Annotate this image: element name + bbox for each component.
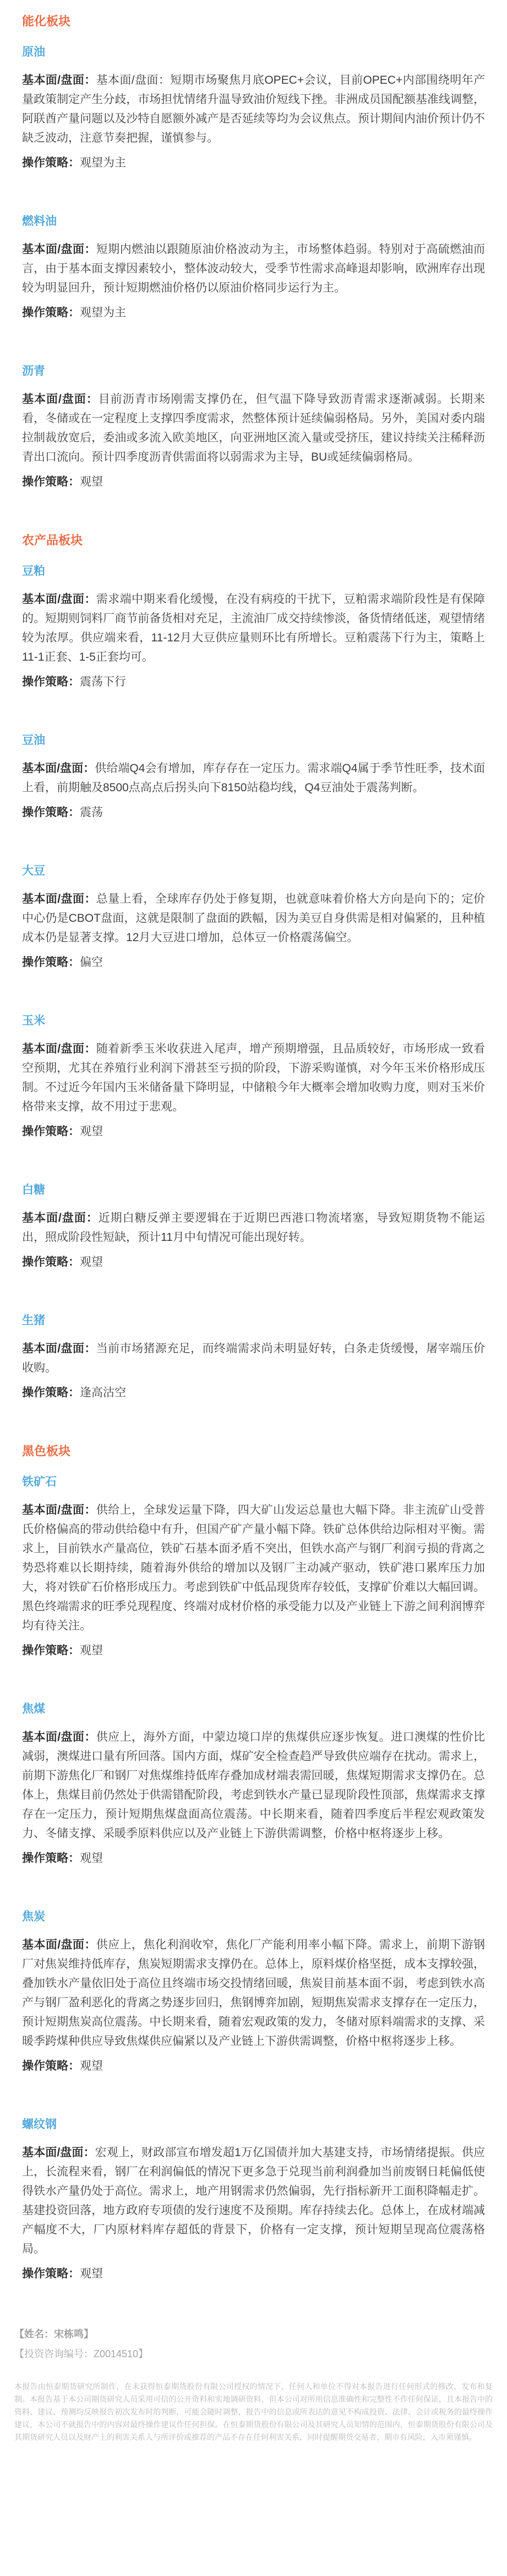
strategy-label: 操作策略： [22, 1125, 80, 1138]
fundamental-paragraph: 基本面/盘面：供应上，焦化利润收窄，焦化厂产能利用率小幅下降。需求上，前期下游钢… [22, 1935, 485, 2051]
product-title: 原油 [22, 44, 485, 61]
fundamental-label: 基本面/盘面： [22, 593, 96, 606]
strategy-line: 操作策略：观望 [22, 1252, 485, 1272]
fundamental-text: 宏观上，财政部宣布增发超1万亿国债并加大基建支持，市场情绪提振。供应上，长流程来… [22, 2146, 485, 2255]
fundamental-text: 供应上，海外方面，中蒙边境口岸的焦煤供应逐步恢复。进口澳煤的性价比减弱，澳煤进口… [22, 1731, 485, 1840]
section-energy-chemical: 能化板块 原油 基本面/盘面：基本面/盘面：短期市场聚焦月底OPEC+会议，目前… [22, 13, 485, 492]
strategy-line: 操作策略：逢高沽空 [22, 1383, 485, 1402]
product-title: 生猪 [22, 1313, 485, 1329]
product-asphalt: 沥青 基本面/盘面：目前沥青市场刚需支撑仍在，但气温下降导致沥青需求逐渐减弱。长… [22, 363, 485, 492]
section-agricultural: 农产品板块 豆粕 基本面/盘面：需求端中期来看化缓慢，在没有病疫的干扰下，豆粕需… [22, 532, 485, 1402]
strategy-label: 操作策略： [22, 806, 80, 819]
fundamental-label: 基本面/盘面： [22, 1504, 96, 1516]
strategy-label: 操作策略： [22, 1256, 80, 1268]
product-rebar: 螺纹钢 基本面/盘面：宏观上，财政部宣布增发超1万亿国债并加大基建支持，市场情绪… [22, 2116, 485, 2283]
strategy-line: 操作策略：偏空 [22, 953, 485, 972]
product-white-sugar: 白糖 基本面/盘面：近期白糖反弹主要逻辑在于近期巴西港口物流堵塞，导致短期货物不… [22, 1182, 485, 1272]
product-coking-coal: 焦煤 基本面/盘面：供应上，海外方面，中蒙边境口岸的焦煤供应逐步恢复。进口澳煤的… [22, 1701, 485, 1868]
strategy-line: 操作策略：观望 [22, 1849, 485, 1868]
product-title: 焦煤 [22, 1701, 485, 1718]
strategy-label: 操作策略： [22, 676, 80, 688]
strategy-line: 操作策略：观望为主 [22, 303, 485, 322]
fundamental-paragraph: 基本面/盘面：近期白糖反弹主要逻辑在于近期巴西港口物流堵塞，导致短期货物不能运出… [22, 1208, 485, 1247]
fundamental-paragraph: 基本面/盘面：基本面/盘面：短期市场聚焦月底OPEC+会议，目前OPEC+内部围… [22, 71, 485, 148]
strategy-text: 逢高沽空 [80, 1386, 126, 1399]
product-soybean-oil: 豆油 基本面/盘面：供给端Q4会有增加，库存存在一定压力。需求端Q4属于季节性旺… [22, 732, 485, 822]
disclaimer-text: 本报告由恒泰期货研究所制作，在未获得恒泰期货股份有限公司授权的情况下，任何人和单… [14, 2380, 493, 2444]
fundamental-label: 基本面/盘面： [22, 1212, 99, 1224]
strategy-text: 观望为主 [80, 156, 126, 169]
fundamental-paragraph: 基本面/盘面：短期内燃油以跟随原油价格波动为主，市场整体趋弱。特别对于高硫燃油而… [22, 240, 485, 298]
product-live-hog: 生猪 基本面/盘面：当前市场猪源充足，而终端需求尚未明显好转，白条走货缓慢，屠宰… [22, 1313, 485, 1402]
fundamental-text: 供给上，全球发运量下降，四大矿山发运总量也大幅下降。非主流矿山受普氏价格偏高的带… [22, 1504, 485, 1632]
report-body: 能化板块 原油 基本面/盘面：基本面/盘面：短期市场聚焦月底OPEC+会议，目前… [0, 0, 507, 2460]
strategy-line: 操作策略：观望 [22, 1122, 485, 1141]
strategy-text: 偏空 [80, 956, 103, 969]
product-title: 豆油 [22, 732, 485, 749]
strategy-text: 观望 [80, 2267, 103, 2280]
strategy-text: 观望 [80, 1125, 103, 1138]
fundamental-label: 基本面/盘面： [22, 2146, 95, 2159]
fundamental-label: 基本面/盘面： [22, 1342, 96, 1355]
fundamental-paragraph: 基本面/盘面：供给端Q4会有增加，库存存在一定压力。需求端Q4属于季节性旺季，技… [22, 759, 485, 797]
section-title: 农产品板块 [22, 532, 485, 549]
fundamental-label: 基本面/盘面： [22, 393, 99, 406]
fundamental-label: 基本面/盘面： [22, 243, 96, 256]
product-coke: 焦炭 基本面/盘面：供应上，焦化利润收窄，焦化厂产能利用率小幅下降。需求上，前期… [22, 1909, 485, 2076]
strategy-text: 震荡下行 [80, 676, 126, 688]
fundamental-paragraph: 基本面/盘面：需求端中期来看化缓慢，在没有病疫的干扰下，豆粕需求端阶段性是有保障… [22, 590, 485, 667]
strategy-label: 操作策略： [22, 1852, 80, 1865]
product-title: 豆粕 [22, 563, 485, 580]
fundamental-label: 基本面/盘面： [22, 1731, 96, 1743]
strategy-line: 操作策略：观望为主 [22, 153, 485, 172]
strategy-label: 操作策略： [22, 1644, 80, 1657]
product-title: 沥青 [22, 363, 485, 380]
product-corn: 玉米 基本面/盘面：随着新季玉米收获进入尾声，增产预期增强，且品质较好，市场形成… [22, 1013, 485, 1141]
product-crude-oil: 原油 基本面/盘面：基本面/盘面：短期市场聚焦月底OPEC+会议，目前OPEC+… [22, 44, 485, 172]
section-title: 能化板块 [22, 13, 485, 30]
fundamental-paragraph: 基本面/盘面：当前市场猪源充足，而终端需求尚未明显好转，白条走货缓慢，屠宰端压价… [22, 1339, 485, 1378]
product-title: 燃料油 [22, 213, 485, 230]
fundamental-paragraph: 基本面/盘面：随着新季玉米收获进入尾声，增产预期增强，且品质较好，市场形成一致看… [22, 1039, 485, 1116]
strategy-text: 震荡 [80, 806, 103, 819]
strategy-label: 操作策略： [22, 956, 80, 969]
strategy-line: 操作策略：震荡 [22, 803, 485, 822]
strategy-text: 观望 [80, 1256, 103, 1268]
strategy-label: 操作策略： [22, 2060, 80, 2072]
strategy-line: 操作策略：观望 [22, 472, 485, 492]
strategy-label: 操作策略： [22, 2267, 80, 2280]
product-title: 玉米 [22, 1013, 485, 1029]
fundamental-label: 基本面/盘面： [22, 1938, 96, 1951]
product-fuel-oil: 燃料油 基本面/盘面：短期内燃油以跟随原油价格波动为主，市场整体趋弱。特别对于高… [22, 213, 485, 322]
strategy-label: 操作策略： [22, 476, 80, 488]
strategy-label: 操作策略： [22, 1386, 80, 1399]
fundamental-paragraph: 基本面/盘面：总量上看，全球库存仍处于修复期，也就意味着价格大方向是向下的；定价… [22, 889, 485, 947]
fundamental-paragraph: 基本面/盘面：供应上，海外方面，中蒙边境口岸的焦煤供应逐步恢复。进口澳煤的性价比… [22, 1727, 485, 1843]
analyst-name: 【姓名：宋栋鸣】 [14, 2324, 493, 2344]
product-soybean: 大豆 基本面/盘面：总量上看，全球库存仍处于修复期，也就意味着价格大方向是向下的… [22, 863, 485, 972]
strategy-line: 操作策略：观望 [22, 1641, 485, 1660]
section-title: 黑色板块 [22, 1443, 485, 1460]
fundamental-text: 供应上，焦化利润收窄，焦化厂产能利用率小幅下降。需求上，前期下游钢厂对焦炭维持低… [22, 1938, 485, 2048]
product-title: 铁矿石 [22, 1474, 485, 1490]
product-title: 螺纹钢 [22, 2116, 485, 2133]
report-footer: 【姓名：宋栋鸣】 【投资咨询编号：Z0014510】 本报告由恒泰期货研究所制作… [14, 2324, 493, 2444]
strategy-text: 观望 [80, 476, 103, 488]
strategy-label: 操作策略： [22, 156, 80, 169]
fundamental-label: 基本面/盘面： [22, 762, 95, 775]
strategy-line: 操作策略：观望 [22, 2056, 485, 2076]
strategy-text: 观望 [80, 1644, 103, 1657]
product-title: 大豆 [22, 863, 485, 879]
product-soybean-meal: 豆粕 基本面/盘面：需求端中期来看化缓慢，在没有病疫的干扰下，豆粕需求端阶段性是… [22, 563, 485, 692]
strategy-line: 操作策略：观望 [22, 2264, 485, 2283]
product-title: 焦炭 [22, 1909, 485, 1925]
strategy-label: 操作策略： [22, 306, 80, 319]
fundamental-paragraph: 基本面/盘面：目前沥青市场刚需支撑仍在，但气温下降导致沥青需求逐渐减弱。长期来看… [22, 390, 485, 467]
product-iron-ore: 铁矿石 基本面/盘面：供给上，全球发运量下降，四大矿山发运总量也大幅下降。非主流… [22, 1474, 485, 1660]
fundamental-label: 基本面/盘面： [22, 893, 96, 905]
license-number: 【投资咨询编号：Z0014510】 [14, 2344, 493, 2364]
fundamental-label: 基本面/盘面： [22, 74, 96, 87]
product-title: 白糖 [22, 1182, 485, 1198]
strategy-text: 观望 [80, 2060, 103, 2072]
strategy-text: 观望为主 [80, 306, 126, 319]
section-ferrous: 黑色板块 铁矿石 基本面/盘面：供给上，全球发运量下降，四大矿山发运总量也大幅下… [22, 1443, 485, 2283]
fundamental-label: 基本面/盘面： [22, 1043, 96, 1055]
strategy-line: 操作策略：震荡下行 [22, 672, 485, 692]
fundamental-paragraph: 基本面/盘面：供给上，全球发运量下降，四大矿山发运总量也大幅下降。非主流矿山受普… [22, 1500, 485, 1635]
strategy-text: 观望 [80, 1852, 103, 1865]
fundamental-paragraph: 基本面/盘面：宏观上，财政部宣布增发超1万亿国债并加大基建支持，市场情绪提振。供… [22, 2143, 485, 2259]
